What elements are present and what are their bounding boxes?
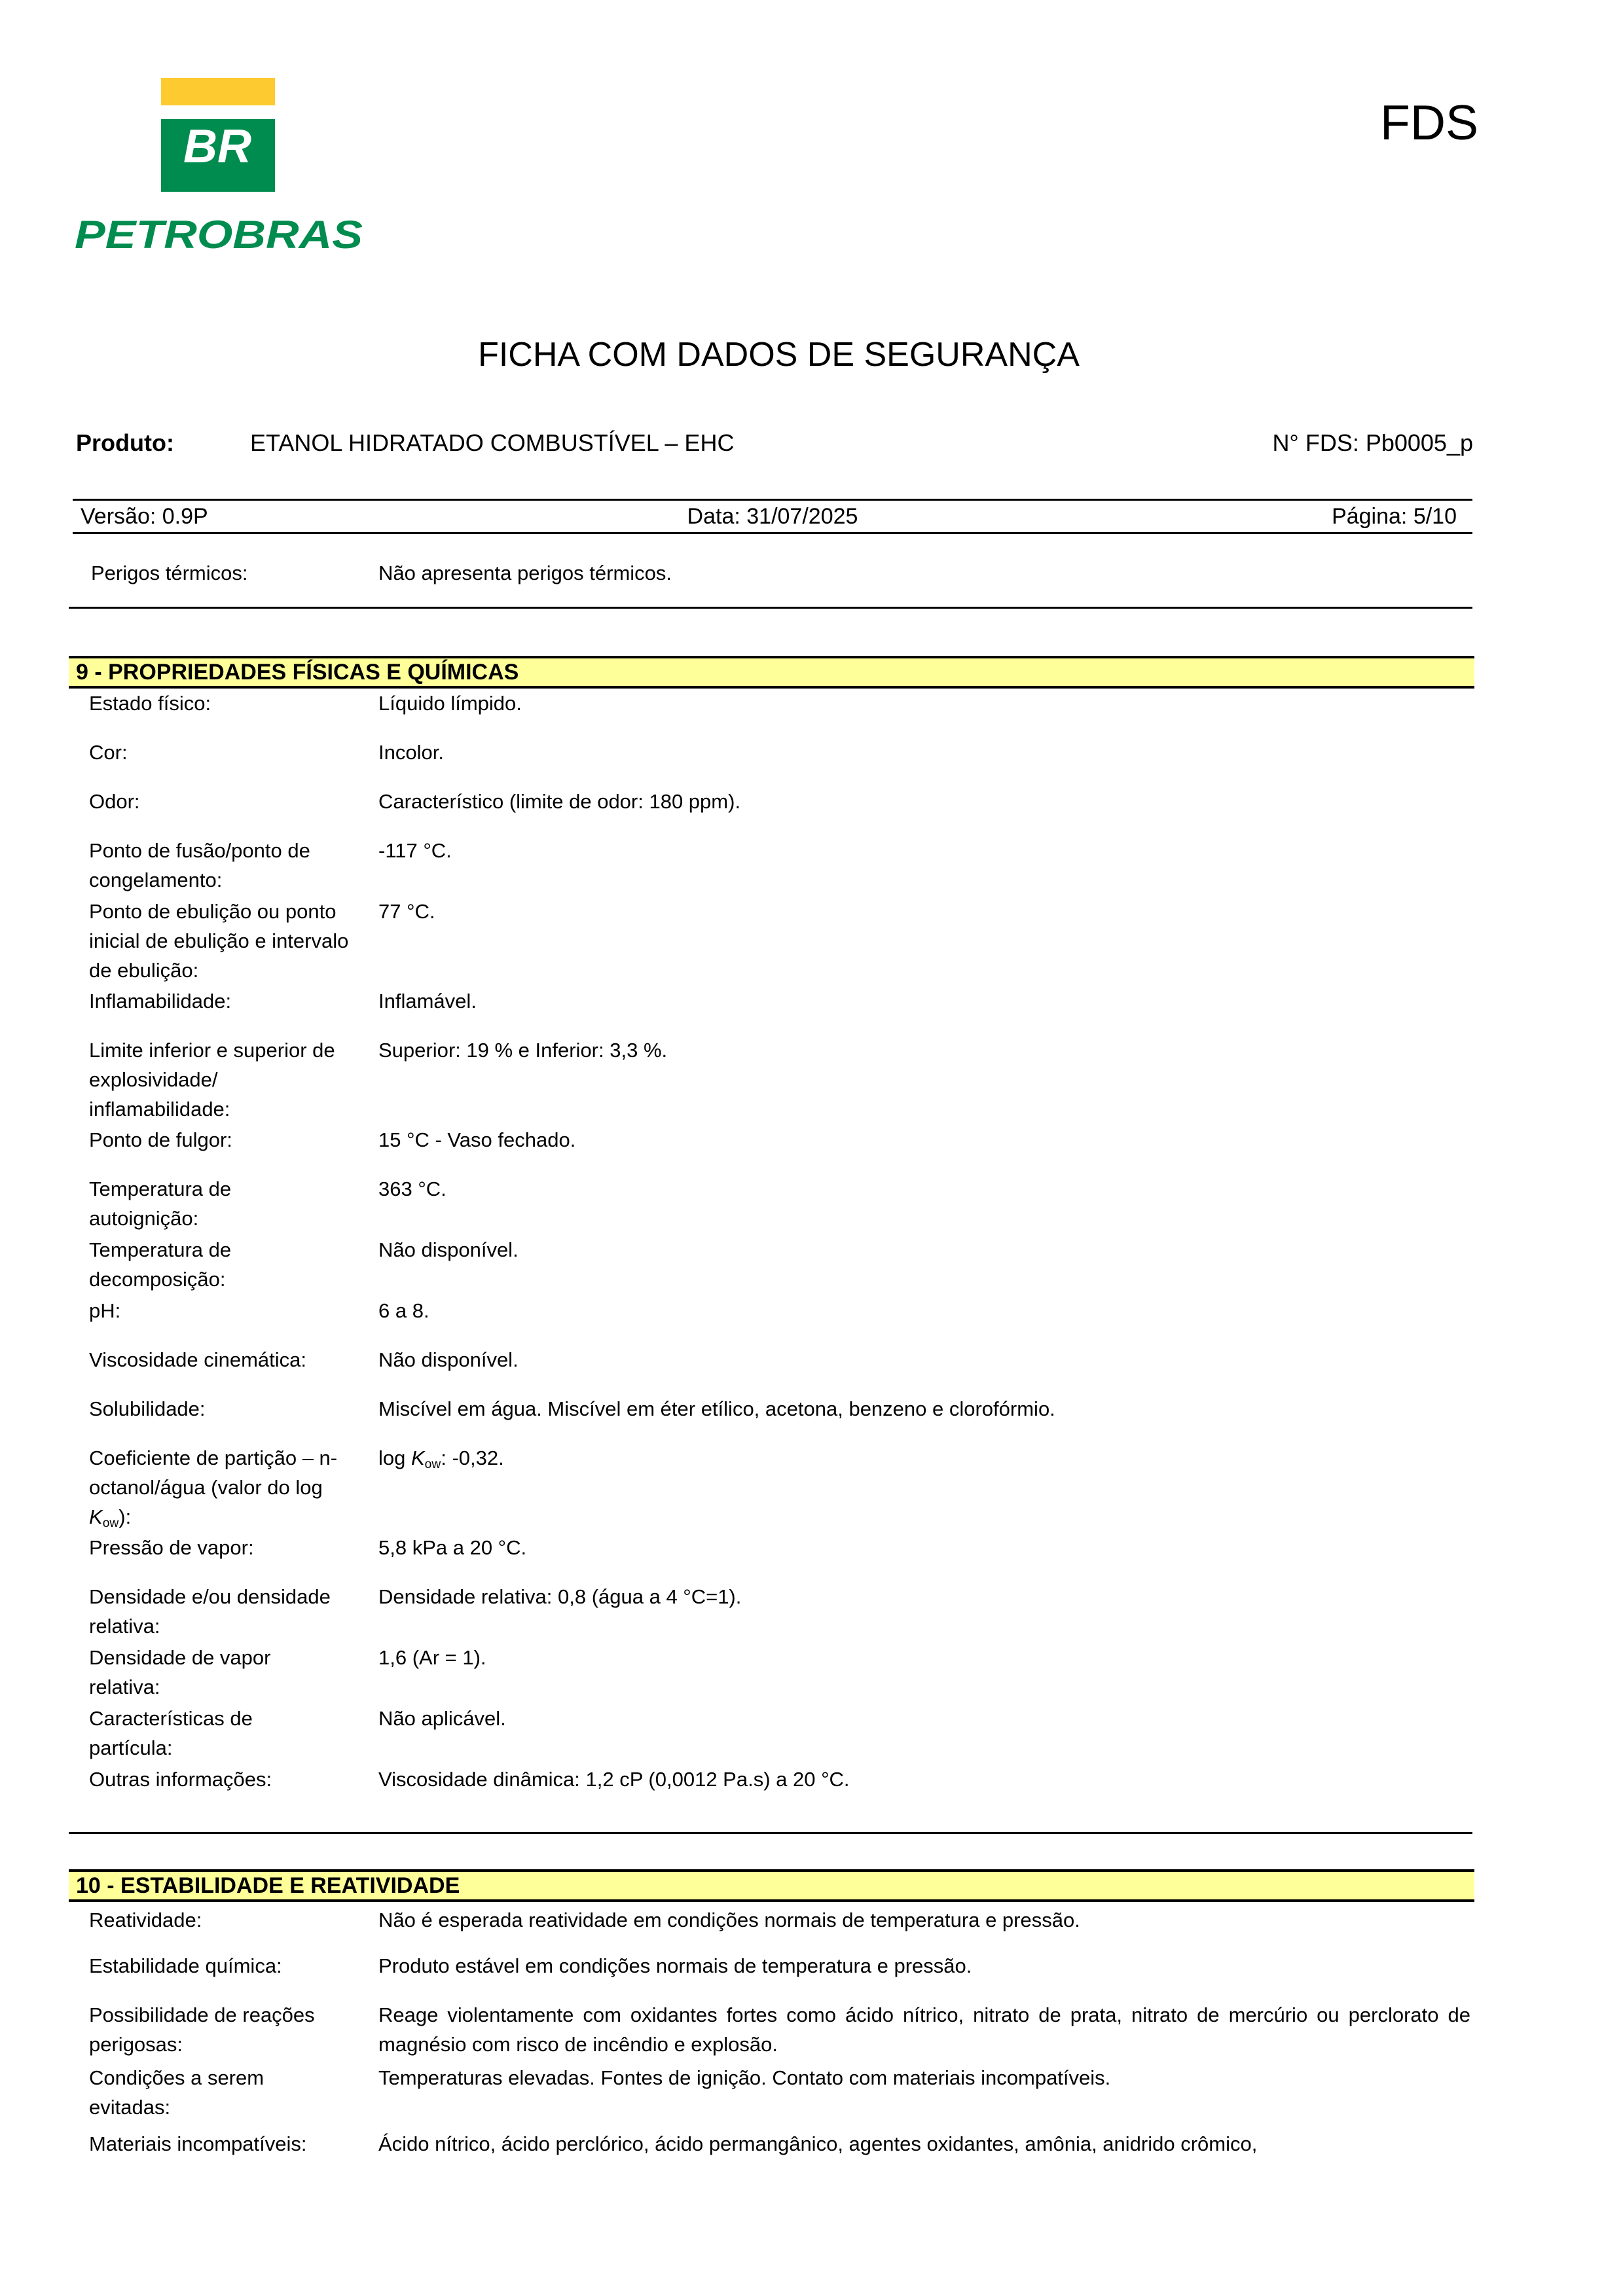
fds-number: N° FDS: Pb0005_p: [1272, 429, 1473, 457]
property-value: Viscosidade dinâmica: 1,2 cP (0,0012 Pa.…: [378, 1765, 1470, 1794]
property-value: Densidade relativa: 0,8 (água a 4 °C=1).: [378, 1582, 1470, 1611]
property-label: Pressão de vapor:: [89, 1533, 364, 1562]
property-label: Inflamabilidade:: [89, 986, 364, 1016]
product-name: ETANOL HIDRATADO COMBUSTÍVEL – EHC: [250, 429, 734, 457]
property-label: Limite inferior e superior de explosivid…: [89, 1035, 364, 1124]
property-value: Ácido nítrico, ácido perclórico, ácido p…: [378, 2129, 1470, 2159]
property-value: Miscível em água. Miscível em éter etíli…: [378, 1394, 1470, 1424]
property-label: Estado físico:: [89, 689, 364, 718]
property-value: 77 °C.: [378, 897, 1470, 926]
property-value: Incolor.: [378, 738, 1470, 767]
svg-text:BR: BR: [183, 120, 251, 173]
logo-yellow-bar: [161, 78, 275, 105]
br-mark-icon: BR: [161, 119, 275, 192]
divider: [73, 532, 1472, 534]
property-label: Densidade de vapor relativa:: [89, 1643, 338, 1702]
product-row: Produto: ETANOL HIDRATADO COMBUSTÍVEL – …: [76, 429, 1473, 457]
divider: [69, 1832, 1472, 1834]
document-type: FDS: [1380, 93, 1478, 152]
property-value: Líquido límpido.: [378, 689, 1470, 718]
svg-text:PETROBRAS: PETROBRAS: [75, 216, 363, 253]
property-value: Não disponível.: [378, 1235, 1470, 1265]
property-value: Reage violentamente com oxidantes fortes…: [378, 2000, 1470, 2059]
section-10-header: 10 - ESTABILIDADE E REATIVIDADE: [69, 1869, 1474, 1902]
property-label: Estabilidade química:: [89, 1951, 364, 1981]
date: Data: 31/07/2025: [73, 502, 1472, 531]
property-value: 15 °C - Vaso fechado.: [378, 1125, 1470, 1155]
property-value: Não é esperada reatividade em condições …: [378, 1905, 1470, 1935]
property-value: 1,6 (Ar = 1).: [378, 1643, 1470, 1672]
property-value: Não disponível.: [378, 1345, 1470, 1374]
property-label: Materiais incompatíveis:: [89, 2129, 364, 2159]
section-9-header: 9 - PROPRIEDADES FÍSICAS E QUÍMICAS: [69, 656, 1474, 689]
page-number: Página: 5/10: [1332, 502, 1457, 531]
property-label: Ponto de fusão/ponto de congelamento:: [89, 836, 351, 895]
property-label: Outras informações:: [89, 1765, 364, 1794]
property-label: Coeficiente de partição – n-octanol/água…: [89, 1443, 351, 1532]
property-value: 363 °C.: [378, 1174, 1470, 1204]
property-value: -117 °C.: [378, 836, 1470, 865]
property-label: Reatividade:: [89, 1905, 364, 1935]
property-label: Cor:: [89, 738, 364, 767]
property-label: Odor:: [89, 787, 364, 816]
property-label: Solubilidade:: [89, 1394, 364, 1424]
divider: [73, 499, 1472, 501]
property-label: Perigos térmicos:: [91, 558, 366, 588]
property-label: Temperatura de decomposição:: [89, 1235, 338, 1294]
section-title: 9 - PROPRIEDADES FÍSICAS E QUÍMICAS: [76, 658, 519, 686]
property-value: Inflamável.: [378, 986, 1470, 1016]
logo-br-box: BR: [161, 119, 275, 192]
property-value: Superior: 19 % e Inferior: 3,3 %.: [378, 1035, 1470, 1065]
petrobras-wordmark: PETROBRAS: [75, 216, 366, 253]
product-label: Produto:: [76, 429, 174, 457]
property-value: Não apresenta perigos térmicos.: [378, 558, 1470, 588]
section-title: 10 - ESTABILIDADE E REATIVIDADE: [76, 1872, 460, 1899]
page-title: FICHA COM DADOS DE SEGURANÇA: [0, 334, 1558, 376]
property-label: Características de partícula:: [89, 1704, 338, 1763]
property-label: Possibilidade de reações perigosas:: [89, 2000, 351, 2059]
property-label: Densidade e/ou densidade relativa:: [89, 1582, 338, 1641]
property-value: 5,8 kPa a 20 °C.: [378, 1533, 1470, 1562]
property-label: Viscosidade cinemática:: [89, 1345, 364, 1374]
document-meta: Versão: 0.9P Data: 31/07/2025 Página: 5/…: [73, 502, 1472, 531]
property-label: Condições a serem evitadas:: [89, 2063, 325, 2122]
property-label: Ponto de fulgor:: [89, 1125, 364, 1155]
property-value: 6 a 8.: [378, 1296, 1470, 1325]
property-value: log Kow: -0,32.: [378, 1443, 1470, 1473]
property-value: Produto estável em condições normais de …: [378, 1951, 1470, 1981]
property-label: Ponto de ebulição ou ponto inicial de eb…: [89, 897, 364, 985]
property-value: Característico (limite de odor: 180 ppm)…: [378, 787, 1470, 816]
property-value: Não aplicável.: [378, 1704, 1470, 1733]
property-label: pH:: [89, 1296, 364, 1325]
property-label: Temperatura de autoignição:: [89, 1174, 338, 1233]
property-value: Temperaturas elevadas. Fontes de ignição…: [378, 2063, 1470, 2092]
divider: [69, 607, 1472, 609]
